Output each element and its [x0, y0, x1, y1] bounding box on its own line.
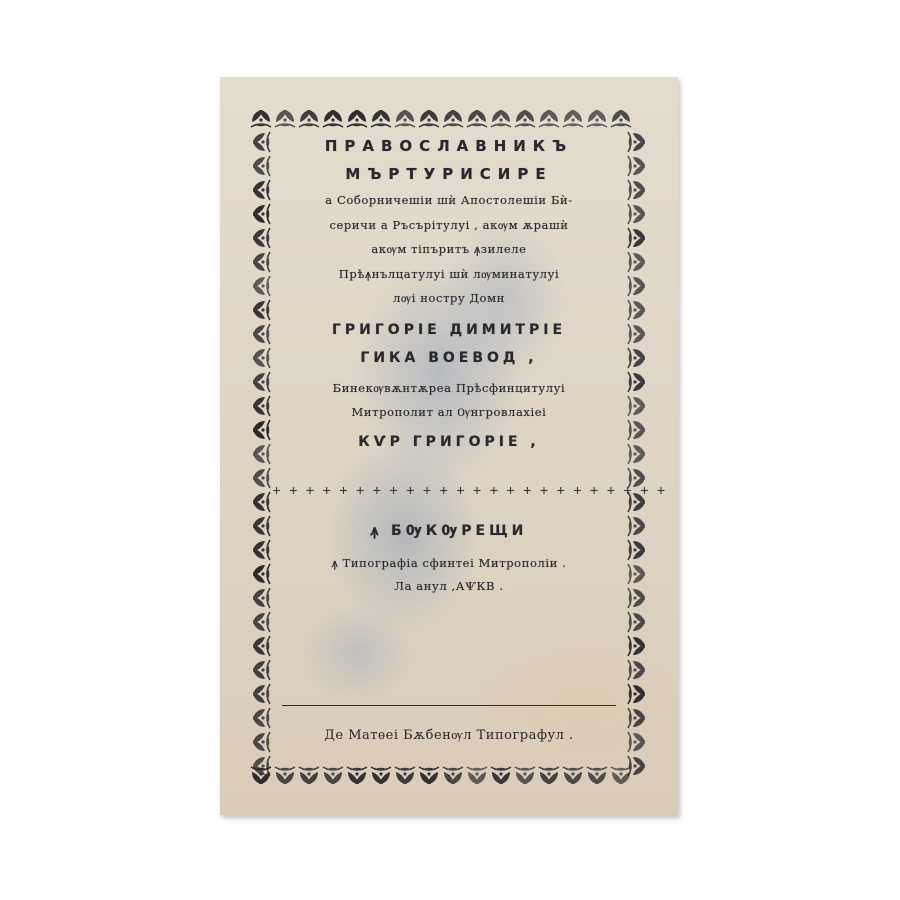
svg-text::: :	[447, 769, 452, 785]
city-line: ꙟ БѸКѸРЕЩИ	[272, 524, 626, 538]
title-page-text: ПРАВОСЛАВНИКЪ МЪРТУРИСИРЕ а Соборничешіи…	[272, 139, 626, 593]
text-line-7: лѹі ностру Домн	[272, 293, 626, 305]
press-line: ꙟ Типографіа сфинтеі Митрополіи .	[272, 558, 626, 570]
year-line: Ла анул ,АѰКВ .	[272, 581, 626, 593]
metropolitan-name-line: КѴР ГРИГОРІЕ ,	[272, 435, 626, 449]
book-title-page: : ПРАВОСЛАВНИКЪ МЪРТУРИСИРЕ а Соборничеш…	[220, 77, 678, 815]
text-line-3: а Соборничешіи шѝ Апостолешіи Бѝ-	[272, 195, 626, 207]
title-line-2: МЪРТУРИСИРЕ	[272, 167, 626, 182]
ruler-title-line: ГИКА ВОЕВОД ,	[272, 351, 626, 365]
printer-imprint: Де Матѳеі Бѫбенѹл Типографул .	[272, 727, 626, 743]
text-line-5: акѹм тіпъритъ ꙟзилеле	[272, 244, 626, 256]
ruler-name-line: ГРИГОРІЕ ДИМИТРІЕ	[272, 323, 626, 337]
text-line-6: Прѣꙟнълцатулуі шѝ лѹминатулуі	[272, 269, 626, 281]
blessing-line: Бинекѹвѫнтѫреа Прѣсфинцитулуі	[272, 383, 626, 395]
text-line-4: серичи а Ръсърітулуі , акѹм ѫрашѝ	[272, 220, 626, 232]
cross-ornament-row: + + + + + + + + + + + + + + + + + + + + …	[272, 485, 626, 496]
title-line-1: ПРАВОСЛАВНИКЪ	[272, 139, 626, 154]
metropolitan-line: Митрополит ал Ѹнгровлахіеі	[272, 407, 626, 419]
divider-rule	[282, 705, 616, 706]
